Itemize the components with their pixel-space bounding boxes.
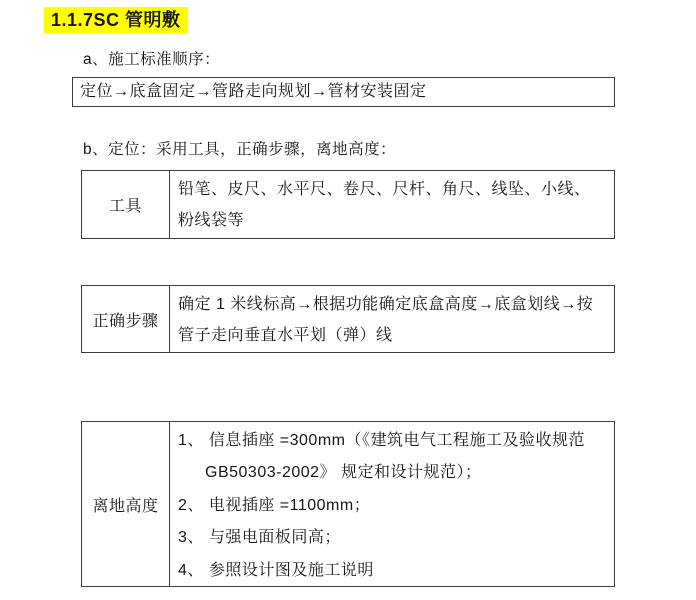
table-text-line: 铅笔、皮尺、水平尺、卷尺、尺杆、角尺、线坠、小线、 — [178, 174, 610, 205]
tools-table-body-cell: 铅笔、皮尺、水平尺、卷尺、尺杆、角尺、线坠、小线、 粉线袋等 — [170, 171, 614, 238]
section-b-label: b、定位：采用工具，正确步骤，离地高度： — [83, 137, 396, 159]
table-text-line: 1、 信息插座 =300mm（《建筑电气工程施工及验收规范 — [178, 425, 610, 457]
tools-table: 工具 铅笔、皮尺、水平尺、卷尺、尺杆、角尺、线坠、小线、 粉线袋等 — [81, 170, 615, 239]
table-text-line-continuation: GB50303-2002》 规定和设计规范）； — [178, 457, 610, 489]
mounting-height-table: 离地高度 1、 信息插座 =300mm（《建筑电气工程施工及验收规范 GB503… — [81, 421, 615, 587]
correct-steps-header-cell: 正确步骤 — [82, 286, 170, 352]
correct-steps-body-cell: 确定 1 米线标高→根据功能确定底盒高度→底盒划线→按 管子走向垂直水平划（弹）… — [170, 286, 614, 352]
table-text-line: 粉线袋等 — [178, 205, 610, 236]
section-title-highlighted: 1.1.7SC 管明敷 — [44, 7, 188, 34]
table-text-line: 4、 参照设计图及施工说明 — [178, 555, 610, 586]
section-a-label: a、施工标准顺序： — [83, 47, 220, 69]
mounting-height-body-cell: 1、 信息插座 =300mm（《建筑电气工程施工及验收规范 GB50303-20… — [170, 422, 614, 586]
tools-table-header-cell: 工具 — [82, 171, 170, 238]
document-page: 1.1.7SC 管明敷 a、施工标准顺序： 定位→底盒固定→管路走向规划→管材安… — [0, 0, 696, 600]
table-text-line: 3、 与强电面板同高； — [178, 522, 610, 554]
table-text-line: 2、 电视插座 =1100mm； — [178, 490, 610, 522]
table-text-line: 确定 1 米线标高→根据功能确定底盒高度→底盒划线→按 — [178, 289, 610, 320]
correct-steps-table: 正确步骤 确定 1 米线标高→根据功能确定底盒高度→底盒划线→按 管子走向垂直水… — [81, 285, 615, 353]
mounting-height-header-cell: 离地高度 — [82, 422, 170, 586]
table-text-line: 管子走向垂直水平划（弹）线 — [178, 320, 610, 351]
construction-sequence-box: 定位→底盒固定→管路走向规划→管材安装固定 — [72, 77, 615, 107]
